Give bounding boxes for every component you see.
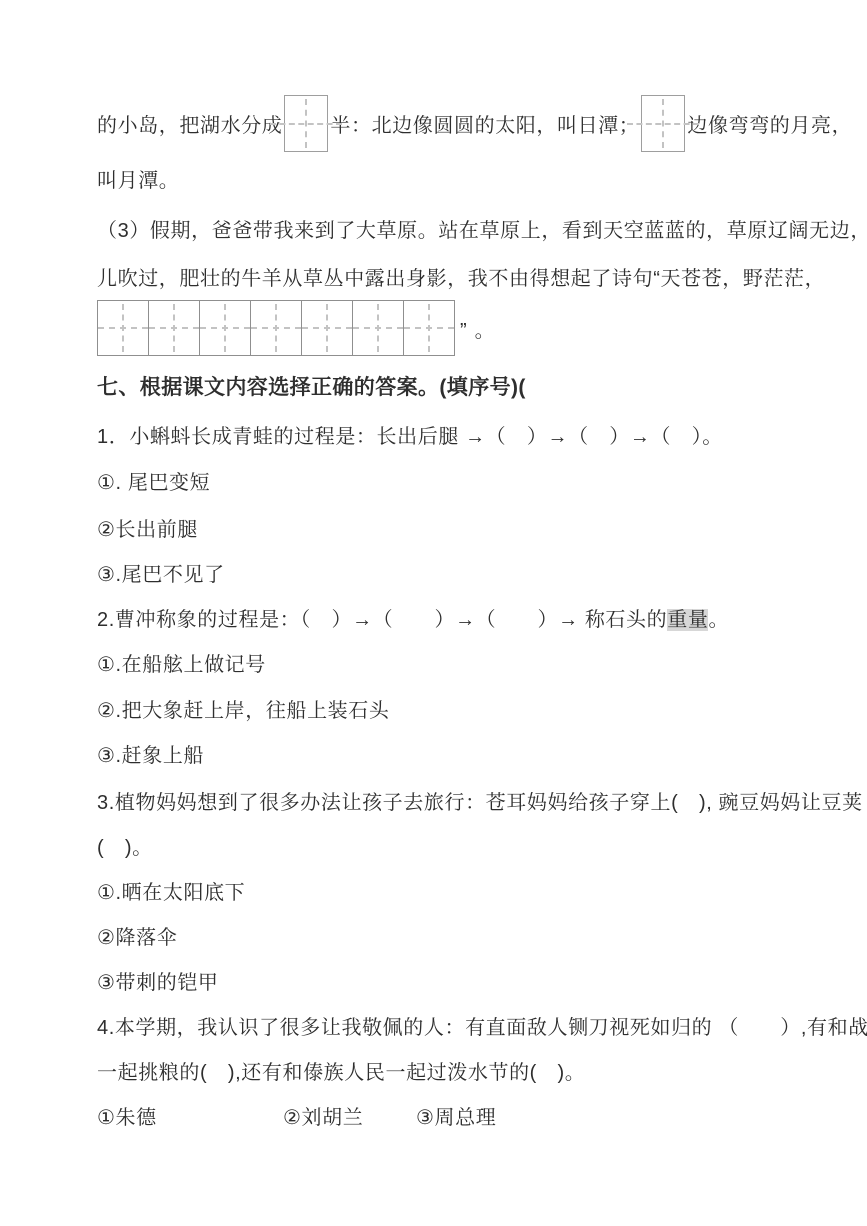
question-2-stem: 2.曹冲称象的过程是：（ ）→（ ）→（ ）→ 称石头的重量。 bbox=[97, 607, 779, 633]
closing-quote-and-period: ”。 bbox=[460, 314, 503, 343]
dashed-horizontal-guide bbox=[404, 327, 454, 329]
question-2-stem-period: 。 bbox=[708, 609, 729, 631]
writing-grid-cell bbox=[250, 300, 302, 356]
exam-worksheet-page: 的小岛，把湖水分成 半：北边像圆圆的太阳，叫日潭； 边像弯弯的月亮， 叫月潭。 … bbox=[0, 0, 867, 1226]
question-4-stem-line2: 一起挑粮的( ),还有和傣族人民一起过泼水节的( )。 bbox=[97, 1060, 779, 1086]
dashed-horizontal-guide bbox=[149, 327, 199, 329]
writing-grid-cell bbox=[301, 300, 353, 356]
writing-grid-cell bbox=[97, 300, 149, 356]
writing-grid-cell bbox=[403, 300, 455, 356]
question-2-highlighted-text: 重量 bbox=[667, 609, 708, 631]
sentence-segment-pre: 的小岛，把湖水分成 bbox=[97, 109, 282, 138]
question-4-option-3: ③周总理 bbox=[416, 1105, 496, 1131]
question-1-option-3: ③.尾巴不见了 bbox=[97, 562, 779, 588]
question-1-stem: 1．小蝌蚪长成青蛙的过程是：长出后腿 →（ ）→（ ）→（ ）。 bbox=[97, 424, 779, 450]
question-2-option-1: ①.在船舷上做记号 bbox=[97, 652, 779, 678]
sentence-segment-post: 边像弯弯的月亮， bbox=[687, 109, 852, 138]
dashed-horizontal-guide bbox=[200, 327, 250, 329]
writing-grid-cell bbox=[352, 300, 404, 356]
question-3-option-2: ②降落伞 bbox=[97, 925, 779, 951]
dashed-horizontal-guide bbox=[98, 327, 148, 329]
writing-box-blank-1 bbox=[284, 95, 328, 152]
writing-grid-cell bbox=[199, 300, 251, 356]
question-3-stem-line1: 3.植物妈妈想到了很多办法让孩子去旅行：苍耳妈妈给孩子穿上( ), 豌豆妈妈让豆… bbox=[97, 790, 779, 816]
question-3-stem-line2: ( )。 bbox=[97, 835, 779, 861]
grassland-passage-line2: 儿吹过，肥壮的牛羊从草丛中露出身影，我不由得想起了诗句“天苍苍，野茫茫， bbox=[97, 266, 779, 292]
section-seven-title: 七、根据课文内容选择正确的答案。(填序号)( bbox=[97, 375, 779, 401]
question-4-option-1: ①朱德 bbox=[97, 1105, 283, 1131]
question-4-option-2: ②刘胡兰 bbox=[283, 1105, 416, 1131]
dashed-horizontal-guide bbox=[251, 327, 301, 329]
question-1-option-1: ①. 尾巴变短 bbox=[97, 470, 779, 496]
dashed-horizontal-guide bbox=[270, 123, 342, 125]
sentence-continuation: 叫月潭。 bbox=[97, 168, 779, 194]
dashed-horizontal-guide bbox=[302, 327, 352, 329]
writing-grid-cell bbox=[148, 300, 200, 356]
question-3-option-3: ③带刺的铠甲 bbox=[97, 970, 779, 996]
fill-blank-sentence-sun-moon-lake: 的小岛，把湖水分成 半：北边像圆圆的太阳，叫日潭； 边像弯弯的月亮， bbox=[97, 95, 779, 152]
dashed-horizontal-guide bbox=[353, 327, 403, 329]
grassland-passage-line1: （3）假期，爸爸带我来到了大草原。站在草原上，看到天空蓝蓝的，草原辽阔无边，风 bbox=[97, 218, 779, 244]
question-2-stem-text: 2.曹冲称象的过程是：（ ）→（ ）→（ ）→ 称石头的 bbox=[97, 609, 667, 631]
question-2-option-2: ②.把大象赶上岸，往船上装石头 bbox=[97, 698, 779, 724]
poem-answer-writing-grid: ”。 bbox=[97, 300, 779, 356]
sentence-segment-mid: 半：北边像圆圆的太阳，叫日潭； bbox=[330, 109, 639, 138]
writing-box-blank-2 bbox=[641, 95, 685, 152]
question-4-options-row: ①朱德②刘胡兰③周总理 bbox=[97, 1105, 779, 1131]
dashed-horizontal-guide bbox=[627, 123, 699, 125]
question-3-option-1: ①.晒在太阳底下 bbox=[97, 880, 779, 906]
question-1-option-2: ②长出前腿 bbox=[97, 517, 779, 543]
question-4-stem-line1: 4.本学期，我认识了很多让我敬佩的人：有直面敌人铡刀视死如归的 （ ）,有和战士… bbox=[97, 1015, 779, 1041]
question-2-option-3: ③.赶象上船 bbox=[97, 743, 779, 769]
